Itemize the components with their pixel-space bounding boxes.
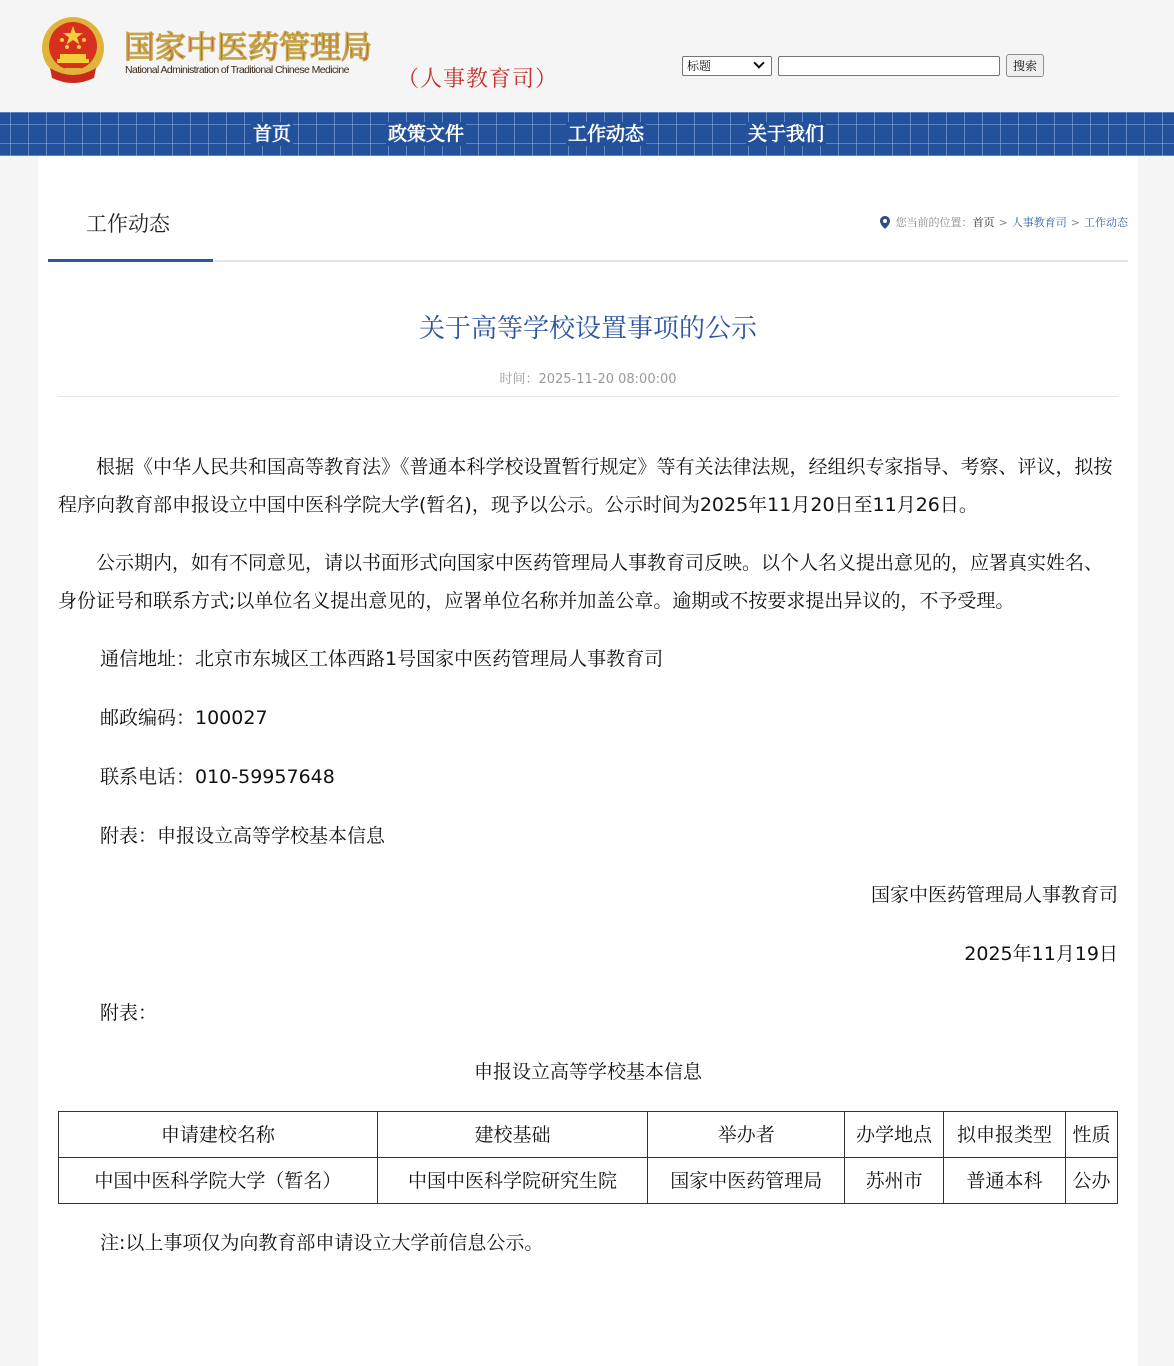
logo-title-cn[interactable]: 国家中医药管理局	[124, 22, 372, 67]
article-paragraph: 根据《中华人民共和国高等教育法》《普通本科学校设置暂行规定》等有关法律法规，经组…	[58, 448, 1118, 524]
table-header-cell: 申请建校名称	[59, 1112, 378, 1158]
main-nav: 首页 政策文件 工作动态 关于我们	[0, 112, 1174, 156]
school-info-table: 申请建校名称 建校基础 举办者 办学地点 拟申报类型 性质 中国中医科学院大学（…	[58, 1111, 1118, 1204]
logo-title-en: National Administration of Traditional C…	[125, 64, 349, 76]
table-header-cell: 性质	[1066, 1112, 1118, 1158]
search-field-select-value: 标题	[687, 57, 711, 74]
breadcrumb-prefix: 您当前的位置：	[896, 214, 973, 230]
nav-item-home[interactable]: 首页	[251, 122, 293, 146]
national-emblem-icon	[40, 16, 106, 86]
attachment-label: 附表：	[58, 994, 1118, 1032]
table-header-cell: 举办者	[648, 1112, 845, 1158]
contact-postcode: 邮政编码：100027	[58, 699, 1118, 737]
nav-item-policy[interactable]: 政策文件	[386, 122, 466, 146]
search-bar: 标题 搜索	[682, 54, 1044, 77]
table-caption: 申报设立高等学校基本信息	[58, 1053, 1118, 1091]
breadcrumb-home[interactable]: 首页	[973, 214, 995, 230]
breadcrumb-department[interactable]: 人事教育司	[1012, 214, 1067, 230]
attachment-reference: 附表：申报设立高等学校基本信息	[58, 817, 1118, 855]
table-header-cell: 建校基础	[377, 1112, 648, 1158]
divider	[58, 396, 1118, 397]
section-title-underline	[48, 259, 213, 262]
table-header-cell: 拟申报类型	[944, 1112, 1066, 1158]
table-cell: 公办	[1066, 1158, 1118, 1204]
signature-org: 国家中医药管理局人事教育司	[58, 876, 1118, 914]
content-card: 工作动态 您当前的位置： 首页 > 人事教育司 > 工作动态 关于高等学校设置事…	[38, 156, 1138, 1366]
signature-date: 2025年11月19日	[58, 935, 1118, 973]
table-cell: 苏州市	[845, 1158, 944, 1204]
nav-item-about[interactable]: 关于我们	[746, 122, 826, 146]
contact-phone: 联系电话：010-59957648	[58, 758, 1118, 796]
table-header-row: 申请建校名称 建校基础 举办者 办学地点 拟申报类型 性质	[59, 1112, 1118, 1158]
search-input[interactable]	[778, 56, 1000, 76]
nav-item-work-news[interactable]: 工作动态	[566, 122, 646, 146]
table-cell: 国家中医药管理局	[648, 1158, 845, 1204]
section-title: 工作动态	[86, 208, 170, 238]
article-paragraph: 公示期内，如有不同意见，请以书面形式向国家中医药管理局人事教育司反映。以个人名义…	[58, 544, 1118, 620]
breadcrumb: 您当前的位置： 首页 > 人事教育司 > 工作动态	[880, 214, 1128, 230]
breadcrumb-separator: >	[1071, 216, 1080, 229]
department-name: （人事教育司）	[397, 62, 558, 93]
search-button[interactable]: 搜索	[1006, 54, 1044, 77]
table-cell: 普通本科	[944, 1158, 1066, 1204]
chevron-down-icon	[753, 57, 764, 68]
breadcrumb-current[interactable]: 工作动态	[1084, 214, 1128, 230]
table-header-cell: 办学地点	[845, 1112, 944, 1158]
article-body: 根据《中华人民共和国高等教育法》《普通本科学校设置暂行规定》等有关法律法规，经组…	[58, 448, 1118, 1262]
article-time: 时间：2025-11-20 08:00:00	[38, 368, 1138, 387]
table-cell: 中国中医科学院研究生院	[377, 1158, 648, 1204]
footnote: 注:以上事项仅为向教育部申请设立大学前信息公示。	[58, 1224, 1118, 1262]
section-header: 工作动态 您当前的位置： 首页 > 人事教育司 > 工作动态	[48, 156, 1128, 262]
search-field-select[interactable]: 标题	[682, 56, 772, 76]
table-cell: 中国中医科学院大学（暂名）	[59, 1158, 378, 1204]
site-header: 国家中医药管理局 National Administration of Trad…	[0, 0, 1174, 112]
table-row: 中国中医科学院大学（暂名） 中国中医科学院研究生院 国家中医药管理局 苏州市 普…	[59, 1158, 1118, 1204]
contact-address: 通信地址：北京市东城区工体西路1号国家中医药管理局人事教育司	[58, 640, 1118, 678]
breadcrumb-separator: >	[999, 216, 1008, 229]
article-title: 关于高等学校设置事项的公示	[38, 308, 1138, 345]
location-pin-icon	[880, 216, 890, 229]
